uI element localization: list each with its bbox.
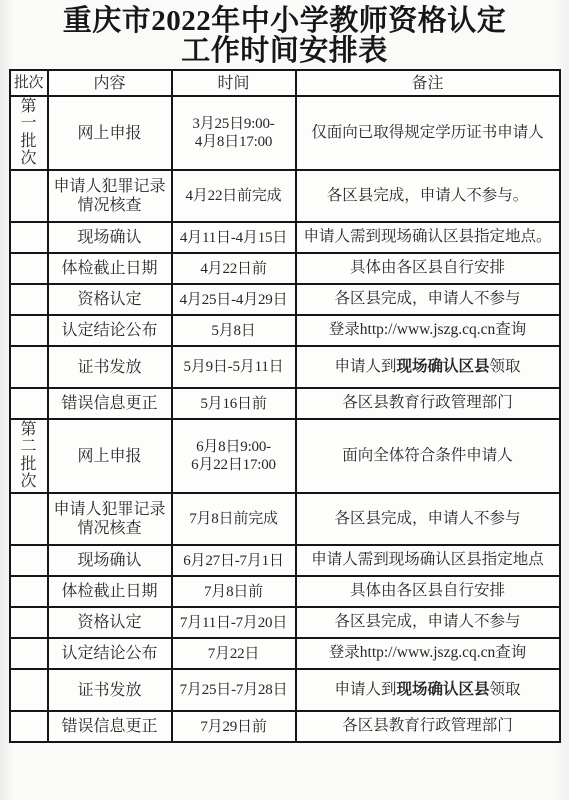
time-line-1: 6月8日9:00-	[175, 438, 293, 456]
remark-text: 登录http://www.jszg.cq.cn查询	[329, 321, 526, 338]
header-time: 时间	[172, 70, 296, 96]
batch-label: 第一批次	[21, 98, 37, 168]
remark-cell: 登录http://www.jszg.cq.cn查询	[296, 315, 560, 346]
table-row: 体检截止日期4月22日前具体由各区县自行安排	[10, 253, 560, 284]
remark-cell: 登录http://www.jszg.cq.cn查询	[296, 638, 560, 669]
time-line-2: 6月22日17:00	[175, 456, 293, 474]
remark-cell: 仅面向已取得规定学历证书申请人	[296, 96, 560, 170]
content-cell: 网上申报	[48, 96, 172, 170]
time-line-1: 3月25日9:00-	[175, 115, 293, 133]
time-line-1: 5月9日-5月11日	[175, 358, 293, 376]
remark-text-suffix: 领取	[490, 681, 521, 698]
remark-text: 各区县完成，申请人不参与	[334, 510, 520, 527]
content-cell: 认定结论公布	[48, 315, 172, 346]
remark-text-prefix: 申请人到	[334, 681, 396, 698]
batch-cell	[10, 315, 48, 346]
time-line-1: 5月8日	[175, 322, 293, 340]
remark-text-prefix: 申请人到	[334, 358, 396, 375]
content-label: 网上申报	[77, 448, 141, 465]
content-cell: 网上申报	[48, 419, 172, 493]
page-title: 重庆市2022年中小学教师资格认定 工作时间安排表	[0, 0, 569, 66]
content-cell: 现场确认	[48, 222, 172, 253]
content-cell: 认定结论公布	[48, 638, 172, 669]
table-row: 认定结论公布7月22日登录http://www.jszg.cq.cn查询	[10, 638, 560, 669]
remark-text: 申请人需到现场确认区县指定地点。	[303, 228, 551, 245]
content-cell: 资格认定	[48, 607, 172, 638]
table-row: 体检截止日期7月8日前具体由各区县自行安排	[10, 576, 560, 607]
batch-cell	[10, 638, 48, 669]
remark-cell: 申请人需到现场确认区县指定地点	[296, 545, 560, 576]
batch-cell	[10, 170, 48, 222]
header-batch: 批次	[10, 70, 48, 96]
remark-cell: 具体由各区县自行安排	[296, 576, 560, 607]
batch-cell	[10, 222, 48, 253]
table-row: 错误信息更正7月29日前各区县教育行政管理部门	[10, 711, 560, 742]
time-cell: 5月8日	[172, 315, 296, 346]
remark-cell: 面向全体符合条件申请人	[296, 419, 560, 493]
remark-cell: 申请人到现场确认区县领取	[296, 669, 560, 711]
batch-cell	[10, 607, 48, 638]
batch-cell	[10, 346, 48, 388]
table-row: 第二批次网上申报6月8日9:00-6月22日17:00面向全体符合条件申请人	[10, 419, 560, 493]
time-cell: 6月8日9:00-6月22日17:00	[172, 419, 296, 493]
content-label: 错误信息更正	[61, 718, 157, 735]
content-label: 申请人犯罪记录情况核查	[53, 501, 165, 538]
time-cell: 5月9日-5月11日	[172, 346, 296, 388]
table-row: 申请人犯罪记录情况核查7月8日前完成各区县完成，申请人不参与	[10, 493, 560, 545]
content-label: 认定结论公布	[61, 322, 157, 339]
table-row: 现场确认4月11日-4月15日申请人需到现场确认区县指定地点。	[10, 222, 560, 253]
content-cell: 体检截止日期	[48, 253, 172, 284]
remark-cell: 各区县教育行政管理部门	[296, 388, 560, 419]
time-cell: 7月22日	[172, 638, 296, 669]
batch-cell	[10, 545, 48, 576]
page-title-line1: 重庆市2022年中小学教师资格认定	[0, 6, 569, 36]
remark-text: 申请人需到现场确认区县指定地点	[311, 551, 544, 568]
remark-text: 具体由各区县自行安排	[350, 582, 505, 599]
content-cell: 申请人犯罪记录情况核查	[48, 170, 172, 222]
time-line-1: 7月11日-7月20日	[175, 614, 293, 632]
batch-cell	[10, 284, 48, 315]
remark-text: 各区县完成，申请人不参与。	[327, 187, 529, 204]
schedule-table: 批次 内容 时间 备注 第一批次网上申报3月25日9:00-4月8日17:00仅…	[9, 69, 561, 743]
table-row: 证书发放7月25日-7月28日申请人到现场确认区县领取	[10, 669, 560, 711]
batch-cell	[10, 493, 48, 545]
table-row: 认定结论公布5月8日登录http://www.jszg.cq.cn查询	[10, 315, 560, 346]
table-row: 第一批次网上申报3月25日9:00-4月8日17:00仅面向已取得规定学历证书申…	[10, 96, 560, 170]
time-line-1: 4月22日前	[175, 260, 293, 278]
content-label: 证书发放	[77, 359, 141, 376]
remark-text: 各区县教育行政管理部门	[342, 717, 513, 734]
time-cell: 6月27日-7月1日	[172, 545, 296, 576]
remark-cell: 各区县完成，申请人不参与。	[296, 170, 560, 222]
remark-text: 各区县完成，申请人不参与	[334, 613, 520, 630]
time-cell: 7月8日前完成	[172, 493, 296, 545]
time-line-1: 4月25日-4月29日	[175, 291, 293, 309]
time-cell: 7月29日前	[172, 711, 296, 742]
content-label: 资格认定	[77, 614, 141, 631]
time-line-1: 6月27日-7月1日	[175, 552, 293, 570]
header-content: 内容	[48, 70, 172, 96]
content-label: 申请人犯罪记录情况核查	[53, 178, 165, 215]
batch-cell: 第二批次	[10, 419, 48, 493]
table-row: 现场确认6月27日-7月1日申请人需到现场确认区县指定地点	[10, 545, 560, 576]
batch-cell: 第一批次	[10, 96, 48, 170]
page-title-line2: 工作时间安排表	[0, 36, 569, 66]
remark-text: 具体由各区县自行安排	[350, 259, 505, 276]
batch-cell	[10, 253, 48, 284]
remark-cell: 各区县完成，申请人不参与	[296, 607, 560, 638]
remark-cell: 各区县完成，申请人不参与	[296, 493, 560, 545]
content-label: 体检截止日期	[61, 260, 157, 277]
remark-cell: 各区县教育行政管理部门	[296, 711, 560, 742]
content-cell: 现场确认	[48, 545, 172, 576]
remark-text: 面向全体符合条件申请人	[342, 447, 513, 464]
time-cell: 4月22日前完成	[172, 170, 296, 222]
content-label: 证书发放	[77, 682, 141, 699]
header-remark: 备注	[296, 70, 560, 96]
content-cell: 申请人犯罪记录情况核查	[48, 493, 172, 545]
remark-text-bold: 现场确认区县	[396, 681, 489, 698]
content-cell: 证书发放	[48, 346, 172, 388]
remark-cell: 各区县完成，申请人不参与	[296, 284, 560, 315]
batch-cell	[10, 388, 48, 419]
content-label: 错误信息更正	[61, 395, 157, 412]
time-cell: 4月22日前	[172, 253, 296, 284]
remark-text: 各区县教育行政管理部门	[342, 394, 513, 411]
batch-cell	[10, 711, 48, 742]
content-label: 网上申报	[77, 125, 141, 142]
time-line-1: 4月22日前完成	[175, 187, 293, 205]
time-line-1: 7月25日-7月28日	[175, 681, 293, 699]
time-line-1: 7月22日	[175, 645, 293, 663]
time-line-1: 7月29日前	[175, 718, 293, 736]
content-cell: 体检截止日期	[48, 576, 172, 607]
time-cell: 3月25日9:00-4月8日17:00	[172, 96, 296, 170]
remark-text-suffix: 领取	[490, 358, 521, 375]
content-label: 现场确认	[77, 552, 141, 569]
time-line-2: 4月8日17:00	[175, 133, 293, 151]
remark-cell: 申请人需到现场确认区县指定地点。	[296, 222, 560, 253]
remark-cell: 申请人到现场确认区县领取	[296, 346, 560, 388]
table-row: 资格认定7月11日-7月20日各区县完成，申请人不参与	[10, 607, 560, 638]
batch-label: 第二批次	[21, 421, 37, 491]
remark-text-bold: 现场确认区县	[396, 358, 489, 375]
content-label: 资格认定	[77, 291, 141, 308]
time-line-1: 7月8日前	[175, 583, 293, 601]
content-cell: 资格认定	[48, 284, 172, 315]
table-row: 错误信息更正5月16日前各区县教育行政管理部门	[10, 388, 560, 419]
content-label: 认定结论公布	[61, 645, 157, 662]
time-cell: 7月25日-7月28日	[172, 669, 296, 711]
document: 重庆市2022年中小学教师资格认定 工作时间安排表 批次 内容 时间 备注 第一…	[0, 0, 569, 800]
time-cell: 7月8日前	[172, 576, 296, 607]
time-cell: 7月11日-7月20日	[172, 607, 296, 638]
remark-text: 仅面向已取得规定学历证书申请人	[311, 124, 544, 141]
schedule-table-body: 第一批次网上申报3月25日9:00-4月8日17:00仅面向已取得规定学历证书申…	[10, 96, 560, 742]
time-line-1: 5月16日前	[175, 395, 293, 413]
time-line-1: 4月11日-4月15日	[175, 229, 293, 247]
remark-cell: 具体由各区县自行安排	[296, 253, 560, 284]
content-cell: 证书发放	[48, 669, 172, 711]
remark-text: 登录http://www.jszg.cq.cn查询	[329, 644, 526, 661]
content-cell: 错误信息更正	[48, 711, 172, 742]
content-label: 体检截止日期	[61, 583, 157, 600]
content-label: 现场确认	[77, 229, 141, 246]
table-header-row: 批次 内容 时间 备注	[10, 70, 560, 96]
batch-cell	[10, 669, 48, 711]
time-cell: 4月11日-4月15日	[172, 222, 296, 253]
time-line-1: 7月8日前完成	[175, 510, 293, 528]
table-row: 资格认定4月25日-4月29日各区县完成，申请人不参与	[10, 284, 560, 315]
batch-cell	[10, 576, 48, 607]
table-row: 申请人犯罪记录情况核查4月22日前完成各区县完成，申请人不参与。	[10, 170, 560, 222]
time-cell: 4月25日-4月29日	[172, 284, 296, 315]
time-cell: 5月16日前	[172, 388, 296, 419]
table-row: 证书发放5月9日-5月11日申请人到现场确认区县领取	[10, 346, 560, 388]
content-cell: 错误信息更正	[48, 388, 172, 419]
remark-text: 各区县完成，申请人不参与	[334, 290, 520, 307]
